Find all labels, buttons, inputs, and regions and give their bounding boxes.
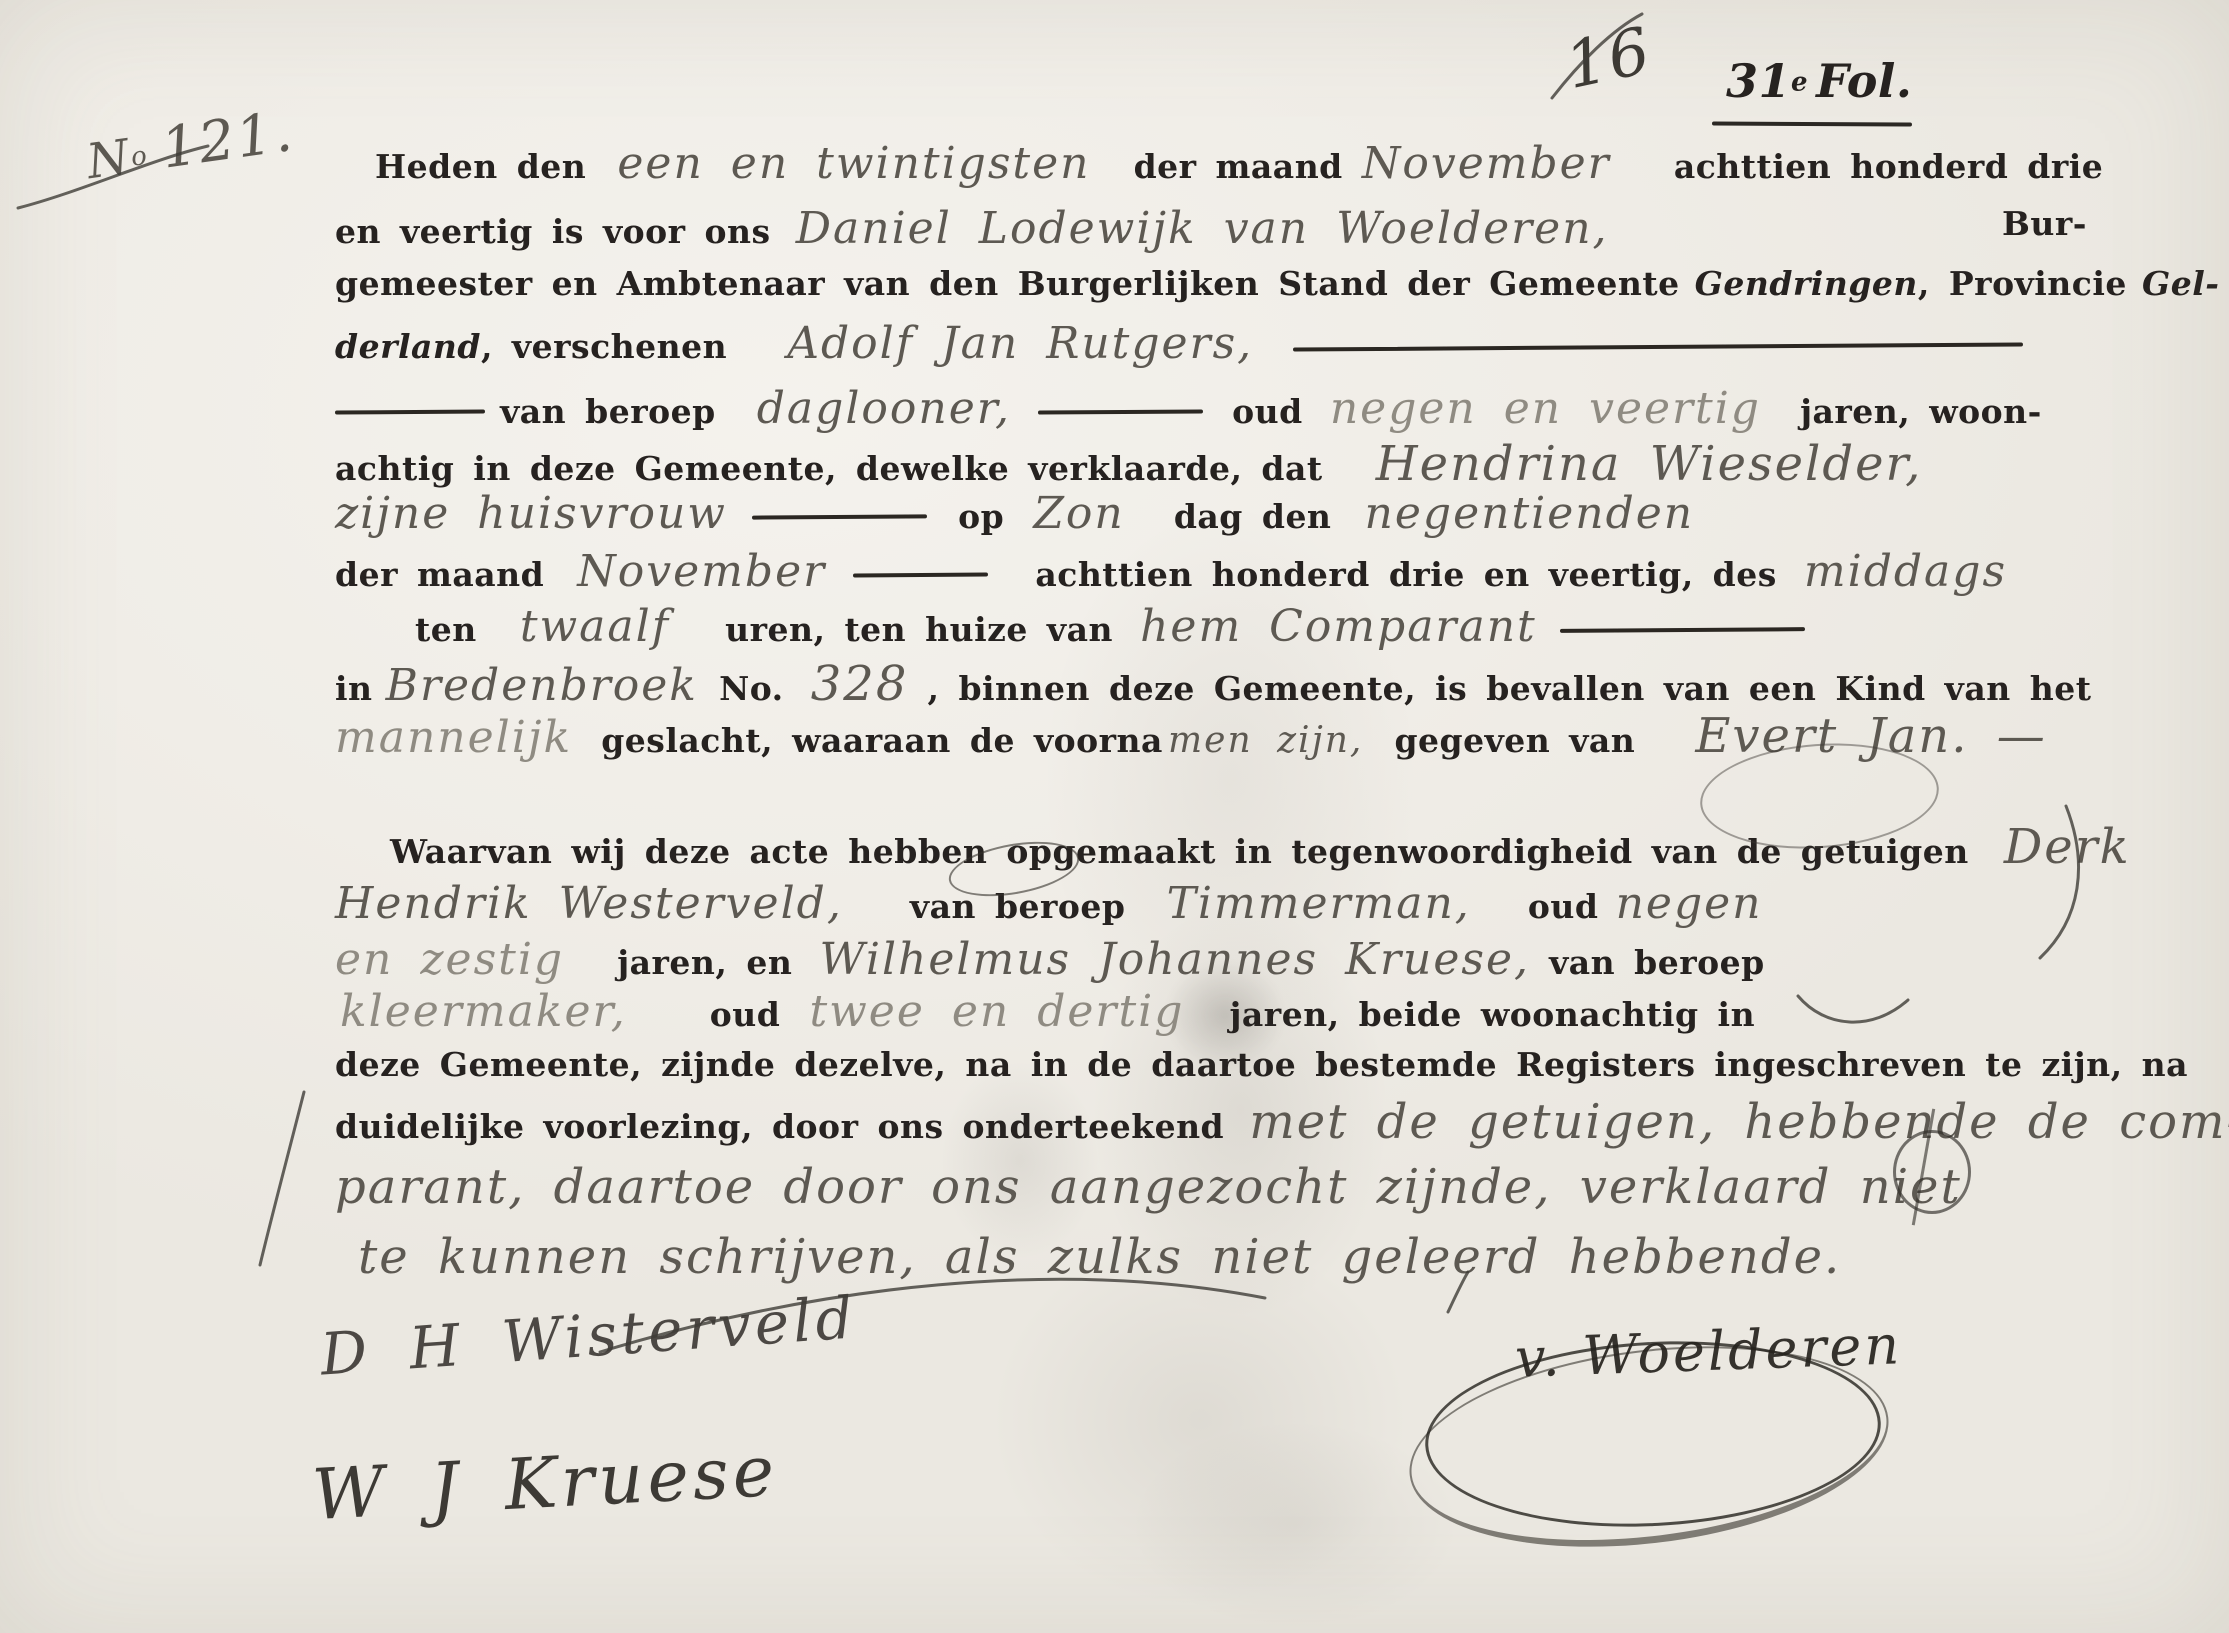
filler-line	[1560, 627, 1805, 633]
printed-text: jaren, beide woonachtig in	[1229, 995, 1755, 1034]
printed-text: achttien honderd drie en veertig, des	[1035, 555, 1776, 594]
record-line-9: ten twaalf uren, ten huize van hem Compa…	[415, 605, 1805, 649]
printed-text: der maand	[1134, 147, 1343, 186]
record-line-17: duidelijke voorlezing, door ons ondertee…	[335, 1098, 2229, 1146]
printed-text: van beroep	[910, 887, 1126, 926]
handwritten-text: hem Comparant	[1140, 601, 1537, 652]
record-line-4: derland, verschenen Adolf Jan Rutgers,	[335, 322, 2023, 366]
record-line-6: achtig in deze Gemeente, dewelke verklaa…	[335, 440, 1922, 488]
filler-line	[335, 409, 485, 414]
handwritten-text: twaalf	[520, 601, 670, 652]
handwritten-text: Bredenbroek	[386, 660, 698, 711]
paper-stain	[1130, 1420, 1460, 1630]
printed-text: achtig in deze Gemeente, dewelke verklaa…	[335, 449, 1323, 488]
printed-text: der maand	[335, 555, 544, 594]
act-number-ordinal: o	[129, 141, 151, 173]
handwritten-text: Hendrina Wieselder,	[1376, 436, 1923, 492]
printed-text: op	[958, 497, 1004, 536]
handwritten-text: November	[1362, 138, 1611, 189]
record-line-1: Heden den een en twintigsten der maand N…	[375, 142, 2103, 186]
handwritten-text: negen	[1616, 878, 1763, 929]
printed-text: jaren, woon-	[1800, 392, 2042, 431]
record-line-5: van beroep daglooner, oud negen en veert…	[335, 387, 2042, 431]
handwritten-text: twee en dertig	[809, 986, 1184, 1037]
printed-text: en veertig is voor ons	[335, 212, 771, 251]
handwritten-text: Adolf Jan Rutgers,	[787, 318, 1253, 369]
record-line-3: gemeester en Ambtenaar van den Burgerlij…	[335, 267, 2219, 300]
handwritten-text: te kunnen schrijven, als zulks niet gele…	[358, 1229, 1841, 1285]
record-line-16: deze Gemeente, zijnde dezelve, na in de …	[335, 1048, 2188, 1081]
record-line-18: parant, daartoe door ons aangezocht zijn…	[335, 1163, 1962, 1211]
printed-italic-text: Gel-	[2142, 264, 2219, 303]
handwritten-text: November	[577, 546, 826, 597]
record-line-11: mannelijk geslacht, waaraan de voorna me…	[335, 712, 2047, 760]
record-line-12: Waarvan wij deze acte hebben opgemaakt i…	[390, 823, 2131, 871]
handwritten-text: daglooner,	[757, 383, 1011, 434]
printed-text: gemeester en Ambtenaar van den Burgerlij…	[335, 264, 1680, 303]
witness2-signature: W J Kruese	[310, 1430, 780, 1536]
printed-text: van beroep	[1549, 943, 1765, 982]
handwritten-text: Timmerman,	[1167, 878, 1471, 929]
corner-mark: 16	[1559, 14, 1658, 104]
handwritten-text: Derk	[2004, 819, 2131, 875]
printed-text: , binnen deze Gemeente, is bevallen van …	[927, 669, 2091, 708]
act-number-value: 121.	[157, 99, 297, 182]
folio-number: 31	[1726, 54, 1791, 108]
handwritten-text: Hendrik Westerveld,	[335, 878, 843, 929]
handwritten-text: middags	[1804, 546, 2007, 597]
printed-text: , Provincie	[1918, 264, 2127, 303]
printed-text: jaren, en	[617, 943, 792, 982]
handwritten-text: mannelijk	[335, 712, 572, 763]
filler-line	[752, 514, 927, 519]
printed-text: uren, ten huize van	[725, 610, 1113, 649]
handwritten-text: en zestig	[335, 934, 564, 985]
handwritten-text: met de getuigen, hebbende de com-	[1249, 1094, 2229, 1150]
handwritten-text: Zon	[1033, 488, 1124, 539]
handwritten-text: kleermaker,	[340, 986, 627, 1037]
handwritten-text: Daniel Lodewijk van Woelderen,	[796, 203, 1609, 254]
handwritten-text: parant, daartoe door ons aangezocht zijn…	[335, 1159, 1962, 1215]
handwritten-text: men zijn,	[1168, 720, 1363, 761]
printed-italic-text: derland	[335, 327, 481, 366]
printed-text: dag den	[1174, 497, 1332, 536]
record-line-19: te kunnen schrijven, als zulks niet gele…	[358, 1233, 1841, 1281]
pen-slash-stroke	[260, 1092, 304, 1265]
record-line-13: Hendrik Westerveld, van beroep Timmerman…	[335, 882, 1762, 926]
record-line-15: kleermaker, oud twee en dertig jaren, be…	[340, 990, 1755, 1034]
filler-line	[1293, 342, 2023, 351]
printed-text: No.	[719, 669, 784, 708]
printed-text: achttien honderd drie	[1674, 147, 2103, 186]
printed-text: oud	[1232, 392, 1303, 431]
printed-text: oud	[1528, 887, 1599, 926]
birth-record-scan: 16 31eFol. No121. Heden den een en twint…	[0, 0, 2229, 1633]
name-underflourish	[1798, 996, 1908, 1022]
act-number-prefix: N	[83, 129, 134, 191]
folio-ordinal: e	[1791, 68, 1808, 98]
printed-text: in	[335, 669, 373, 708]
handwritten-text: negentienden	[1365, 488, 1695, 539]
folio-label: 31eFol.	[1726, 58, 1912, 104]
printed-text: geslacht, waaraan de voorna	[601, 721, 1163, 760]
printed-text: gegeven van	[1394, 721, 1635, 760]
folio-underline	[1712, 121, 1912, 126]
filler-line	[1038, 409, 1203, 414]
registrar-signature: v. Woelderen	[1514, 1313, 1903, 1389]
record-line-2: en veertig is voor ons Daniel Lodewijk v…	[335, 207, 2087, 251]
handwritten-text: Evert Jan. —	[1695, 708, 2046, 764]
printed-text: Bur-	[2002, 207, 2087, 240]
witness1-signature: D H Wisterveld	[318, 1283, 858, 1388]
record-line-7: zijne huisvrouw op Zon dag den negentien…	[335, 492, 1694, 536]
handwritten-text: 328	[811, 656, 909, 712]
printed-text: van beroep	[500, 392, 716, 431]
folio-word: Fol.	[1816, 54, 1912, 108]
record-line-10: in Bredenbroek No. 328 , binnen deze Gem…	[335, 660, 2091, 708]
printed-text: duidelijke voorlezing, door ons ondertee…	[335, 1107, 1224, 1146]
printed-text: deze Gemeente, zijnde dezelve, na in de …	[335, 1045, 2188, 1084]
handwritten-text: een en twintigsten	[617, 138, 1090, 189]
handwritten-text: Wilhelmus Johannes Kruese,	[819, 934, 1530, 985]
paper-stain	[990, 1230, 1410, 1610]
handwritten-text: zijne huisvrouw	[335, 488, 727, 539]
printed-text: oud	[710, 995, 781, 1034]
filler-line	[853, 573, 988, 578]
act-number: No121.	[83, 104, 297, 188]
printed-text: Waarvan wij deze acte hebben opgemaakt i…	[390, 832, 1969, 871]
printed-text: , verschenen	[481, 327, 727, 366]
record-line-8: der maand November achttien honderd drie…	[335, 550, 2007, 594]
record-line-14: en zestig jaren, en Wilhelmus Johannes K…	[335, 938, 1765, 982]
printed-italic-text: Gendringen	[1695, 264, 1918, 303]
printed-text: ten	[415, 610, 477, 649]
handwritten-text: negen en veertig	[1330, 383, 1761, 434]
printed-text: Heden den	[375, 147, 586, 186]
